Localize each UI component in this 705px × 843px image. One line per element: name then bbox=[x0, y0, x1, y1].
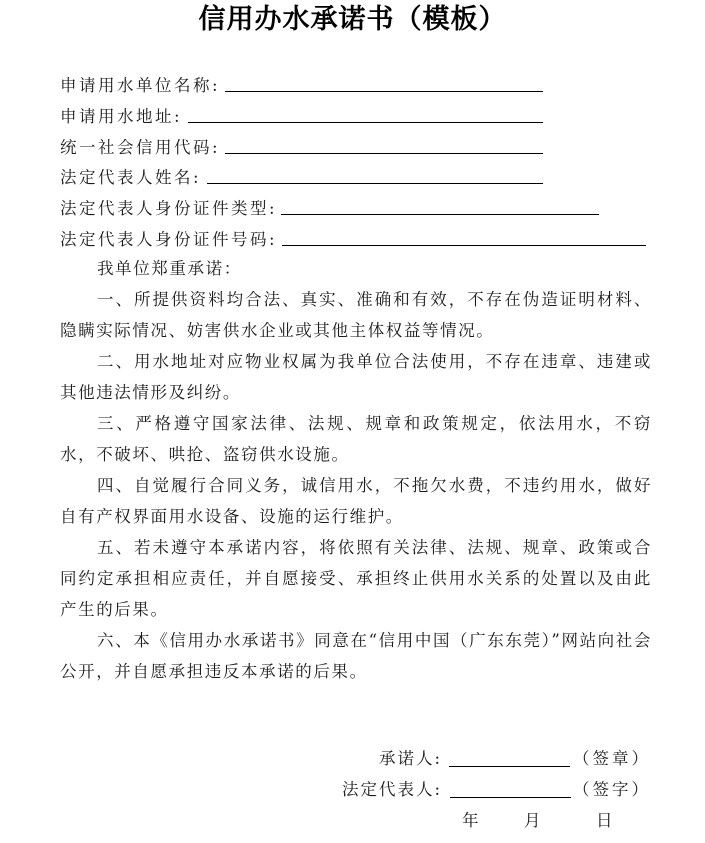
date-year: 年 bbox=[462, 809, 479, 833]
field-label: 法定代表人姓名: bbox=[60, 166, 201, 190]
address-input-line[interactable] bbox=[188, 122, 543, 123]
field-legal-rep-name: 法定代表人姓名: bbox=[60, 162, 201, 190]
promisor-seal-note: （签章） bbox=[573, 747, 651, 771]
legal-rep-signature-line[interactable] bbox=[450, 797, 571, 798]
legal-rep-sign-note: （签字） bbox=[573, 778, 651, 802]
credit-code-input-line[interactable] bbox=[225, 153, 543, 154]
promisor-label: 承诺人: bbox=[379, 747, 442, 771]
field-unit-name: 申请用水单位名称: bbox=[60, 70, 220, 98]
field-label: 申请用水地址: bbox=[60, 105, 182, 129]
field-label: 申请用水单位名称: bbox=[60, 74, 220, 98]
commitment-item-1: 一、所提供资料均合法、真实、准确和有效，不存在伪造证明材料、隐瞒实际情况、妨害供… bbox=[60, 284, 652, 346]
legal-rep-label: 法定代表人: bbox=[342, 778, 442, 802]
commitment-item-2: 二、用水地址对应物业权属为我单位合法使用，不存在违章、违建或其他违法情形及纠纷。 bbox=[60, 346, 652, 408]
commitment-item-5: 五、若未遵守本承诺内容，将依照有关法律、法规、规章、政策或合同约定承担相应责任，… bbox=[60, 532, 652, 625]
field-credit-code: 统一社会信用代码: bbox=[60, 132, 220, 160]
field-id-number: 法定代表人身份证件号码: bbox=[60, 224, 277, 252]
field-label: 法定代表人身份证件类型: bbox=[60, 197, 277, 221]
document-title: 信用办水承诺书（模板） bbox=[0, 2, 705, 38]
field-label: 统一社会信用代码: bbox=[60, 136, 220, 160]
unit-name-input-line[interactable] bbox=[225, 91, 543, 92]
legal-rep-name-input-line[interactable] bbox=[207, 183, 543, 184]
commitment-item-4: 四、自觉履行合同义务，诚信用水，不拖欠水费，不违约用水，做好自有产权界面用水设备… bbox=[60, 470, 652, 532]
id-type-input-line[interactable] bbox=[281, 214, 599, 215]
id-number-input-line[interactable] bbox=[282, 245, 646, 246]
promisor-signature-line[interactable] bbox=[449, 766, 570, 767]
commitment-intro: 我单位郑重承诺： bbox=[60, 253, 652, 284]
field-id-type: 法定代表人身份证件类型: bbox=[60, 193, 277, 221]
field-label: 法定代表人身份证件号码: bbox=[60, 228, 277, 252]
field-address: 申请用水地址: bbox=[60, 101, 182, 129]
date-day: 日 bbox=[596, 809, 613, 833]
date-month: 月 bbox=[524, 809, 541, 833]
commitment-item-3: 三、严格遵守国家法律、法规、规章和政策规定，依法用水，不窃水，不破坏、哄抢、盗窃… bbox=[60, 408, 652, 470]
commitment-item-6: 六、本《信用办水承诺书》同意在“信用中国（广东东莞）”网站向社会公开，并自愿承担… bbox=[60, 625, 652, 687]
